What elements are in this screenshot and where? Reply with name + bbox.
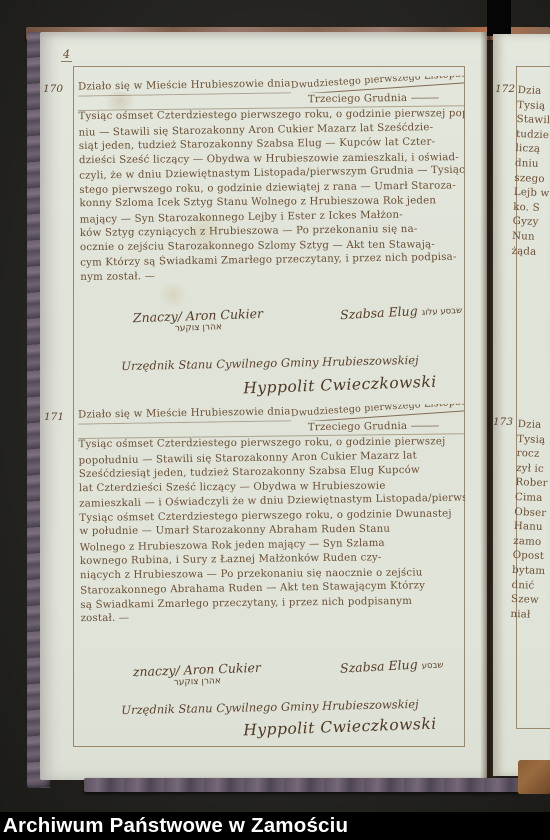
witness-name: Szabsa Elug [340, 303, 418, 322]
witness-signature-left: Znaczy/ Aron Cukier אהרן צוקער [133, 306, 264, 336]
record-173-text: DziaTysiąroczzył icRoberCimaObserHanuzam… [510, 418, 550, 623]
handwritten-line: został. — [81, 609, 467, 627]
handwritten-line: tudzie [516, 128, 550, 144]
handwritten-line: bytam [512, 564, 546, 580]
witness-hebrew-signature: שבסע [421, 660, 443, 671]
handwritten-line: zamo [513, 535, 547, 551]
record-170-text: Działo się w Mieście Hrubieszowie dnia D… [78, 76, 466, 285]
record-171-text: Działo się w Mieście Hrubieszowie dnia D… [78, 404, 467, 627]
witness-hebrew-signature: שבסע עלוג [421, 306, 462, 318]
page-number: 4 [61, 48, 72, 62]
archive-name: Archiwum Państwowe w Zamościu [0, 814, 348, 838]
record-172-text: DziaTysiąStawilitudzielicządniuszegoLejb… [511, 84, 550, 260]
header-dash: ——— [411, 420, 439, 431]
archival-scan-viewer: 4 170 Działo się w Mieście Hrubieszowie … [0, 0, 550, 840]
handwritten-line: Hanu [514, 520, 548, 536]
record-number: 172 [495, 83, 515, 95]
handwritten-line: Szew [511, 593, 545, 609]
handwritten-line: Tysią [517, 99, 550, 115]
register-page-right: 172 DziaTysiąStawilitudzielicządniuszego… [493, 34, 550, 776]
archive-caption-bar: Archiwum Państwowe w Zamościu [0, 812, 550, 840]
handwritten-line: Opost [512, 549, 546, 565]
handwritten-line: Stawili [516, 113, 550, 129]
handwritten-line: Dzia [517, 418, 550, 434]
handwritten-line: ko. S [513, 201, 550, 217]
handwritten-line: dnić [511, 578, 545, 594]
gutter-notch [487, 0, 511, 36]
handwritten-line: dniu [515, 157, 550, 173]
handwritten-line: Cima [515, 491, 549, 507]
register-page-left: 4 170 Działo się w Mieście Hrubieszowie … [40, 32, 487, 780]
witness-signatures: Znaczy/ Aron Cukier אהרן צוקער Szabsa El… [78, 308, 464, 350]
handwritten-line: Obser [514, 505, 548, 521]
record-number: 173 [493, 416, 513, 428]
handwritten-line: Rober [515, 476, 549, 492]
witness-signature-left: znaczy/ Aron Cukier אהרן צוקער [133, 660, 262, 689]
record-header-date2-text: Trzeciego Grudnia [308, 92, 407, 104]
handwritten-line: niał [510, 608, 544, 624]
record-header-date2-text: Trzeciego Grudnia [308, 420, 407, 432]
handwritten-line: Gyzy [512, 215, 550, 231]
handwritten-line: liczą [515, 142, 550, 158]
handwritten-line: Dzia [517, 84, 550, 100]
record-number: 170 [43, 83, 63, 95]
handwritten-line: Tysią [517, 433, 550, 449]
witness-name: Szabsa Elug [340, 657, 418, 676]
handwritten-line: Nun [512, 230, 550, 246]
handwritten-line: żąda [511, 244, 549, 260]
book-cover-corner [518, 760, 550, 794]
ruled-frame [516, 728, 550, 729]
handwritten-line: Lejb w [514, 186, 550, 202]
record-number: 171 [44, 411, 64, 423]
ruled-frame [516, 66, 550, 67]
handwritten-line: szego [514, 171, 550, 187]
handwritten-line: rocz [516, 447, 550, 463]
handwritten-line: zył ic [516, 462, 550, 478]
header-dash: ——— [411, 92, 439, 103]
book-bottom-edge [84, 778, 524, 792]
